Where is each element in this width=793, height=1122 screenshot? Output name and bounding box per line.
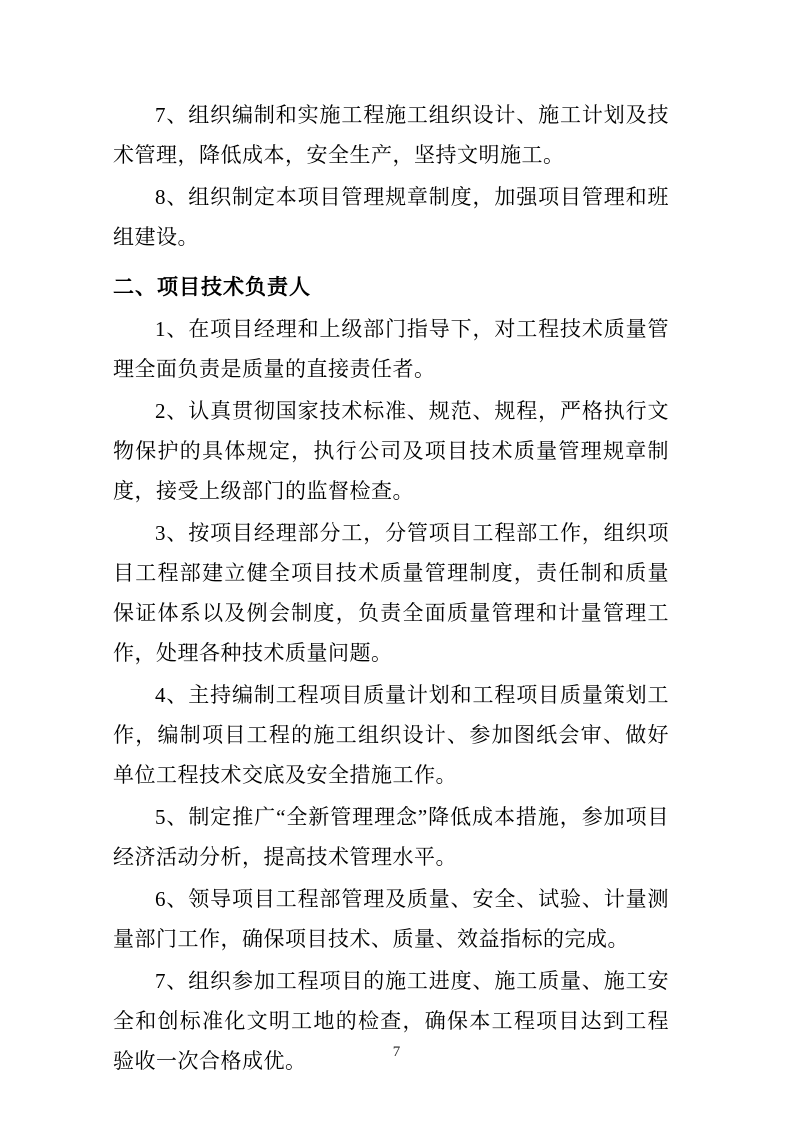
- paragraph: 2、认真贯彻国家技术标准、规范、规程，严格执行文物保护的具体规定，执行公司及项目…: [113, 391, 669, 511]
- paragraph: 3、按项目经理部分工，分管项目工程部工作，组织项目工程部建立健全项目技术质量管理…: [113, 513, 669, 673]
- paragraph: 5、制定推广“全新管理理念”降低成本措施，参加项目经济活动分析，提高技术管理水平…: [113, 797, 669, 877]
- section-heading: 二、项目技术负责人: [113, 267, 669, 307]
- document-page: 7、组织编制和实施工程施工组织设计、施工计划及技术管理，降低成本，安全生产，坚持…: [0, 0, 793, 1122]
- paragraph: 7、组织参加工程项目的施工进度、施工质量、施工安全和创标准化文明工地的检查，确保…: [113, 961, 669, 1081]
- paragraph: 1、在项目经理和上级部门指导下，对工程技术质量管理全面负责是质量的直接责任者。: [113, 309, 669, 389]
- paragraph: 7、组织编制和实施工程施工组织设计、施工计划及技术管理，降低成本，安全生产，坚持…: [113, 95, 669, 175]
- document-body: 7、组织编制和实施工程施工组织设计、施工计划及技术管理，降低成本，安全生产，坚持…: [113, 95, 669, 1083]
- page-number: 7: [0, 1042, 793, 1062]
- paragraph: 8、组织制定本项目管理规章制度，加强项目管理和班组建设。: [113, 177, 669, 257]
- paragraph: 4、主持编制工程项目质量计划和工程项目质量策划工作，编制项目工程的施工组织设计、…: [113, 675, 669, 795]
- paragraph: 6、领导项目工程部管理及质量、安全、试验、计量测量部门工作，确保项目技术、质量、…: [113, 879, 669, 959]
